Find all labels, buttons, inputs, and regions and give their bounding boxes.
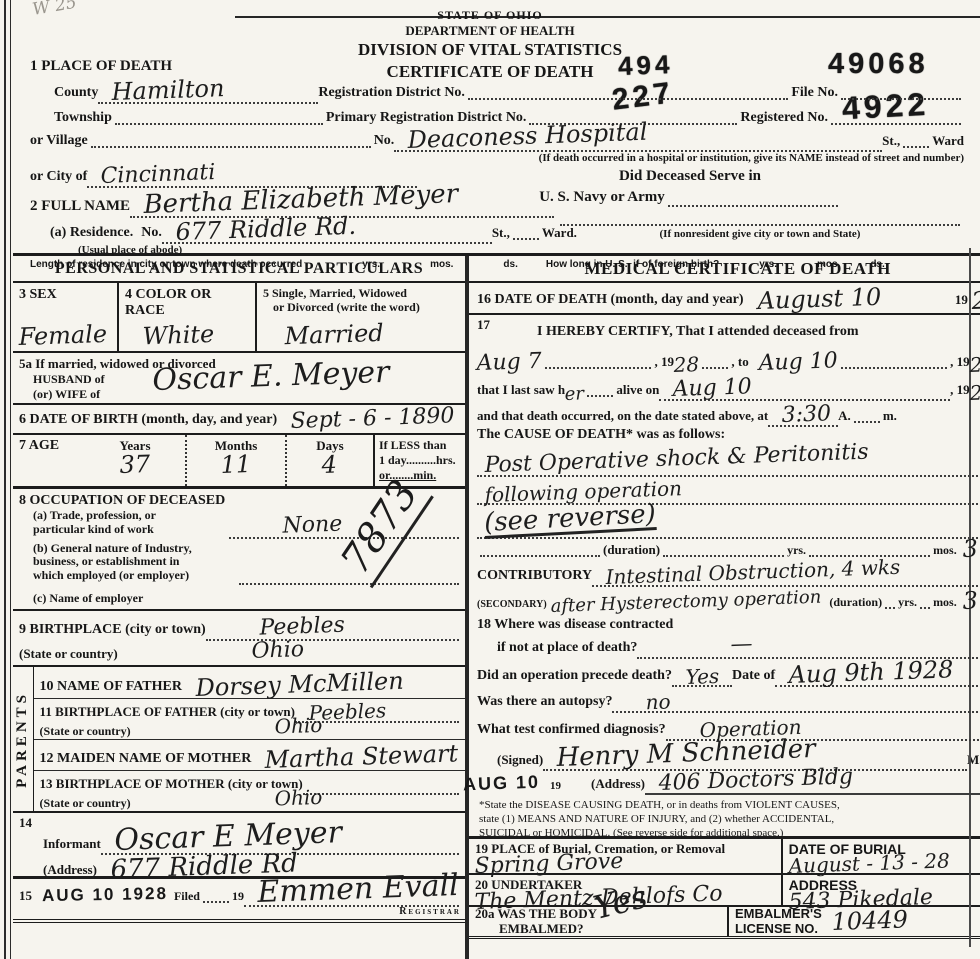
contributory-block: CONTRIBUTORY Intestinal Obstruction, 4 w…: [469, 561, 980, 617]
marital-label-2: or Divorced (write the word): [263, 301, 459, 315]
autopsy-row: Was there an autopsy? no: [469, 687, 980, 713]
father-state-field: Ohio: [131, 723, 459, 739]
spouse-value: Oscar E. Meyer: [152, 359, 390, 396]
saw-year-prefix: , 19: [950, 382, 970, 398]
death-time-field: 3:30: [768, 401, 838, 427]
attended-from-date: Aug 7: [476, 352, 542, 375]
less-label-1: If LESS than: [379, 438, 461, 453]
race-value: White: [124, 322, 249, 349]
mos-label-2: mos.: [817, 259, 840, 270]
saw-date-field: Aug 10: [659, 373, 950, 401]
father-row: 10 NAME OF FATHER Dorsey McMillen: [34, 667, 465, 699]
nonresident-note-block: (If nonresident give city or town and St…: [560, 224, 960, 240]
mother-value: Martha Stewart: [265, 742, 459, 772]
autopsy-field: no: [612, 687, 980, 713]
ds-label: ds.: [503, 259, 517, 270]
filed-number: 15: [19, 888, 32, 904]
contributory-label: CONTRIBUTORY: [477, 568, 592, 584]
parents-block: PARENTS 10 NAME OF FATHER Dorsey McMille…: [13, 667, 465, 813]
occ-b-label-3: which employed (or employer): [19, 569, 239, 583]
autopsy-value: no: [626, 692, 672, 713]
residence-value: 677 Riddle Rd.: [175, 215, 356, 244]
registered-no-label: Registered No.: [740, 110, 828, 126]
duration-mos-label: mos.: [933, 543, 957, 558]
operation-row: Did an operation precede death? Yes Date…: [469, 661, 980, 687]
county-field: Hamilton: [98, 78, 318, 104]
village-label: or Village: [30, 133, 88, 149]
mother-bp-field: [303, 773, 459, 795]
dotted-leader: [841, 98, 961, 100]
village-row: or Village No. Deaconess Hospital St., W…: [30, 129, 964, 152]
autopsy-label: Was there an autopsy?: [477, 694, 612, 710]
duration-label: (duration): [603, 542, 660, 558]
county-row: County Hamilton Registration District No…: [30, 78, 964, 104]
institution-note: (If death occurred in a hospital or inst…: [539, 152, 964, 164]
marital-cell: 5 Single, Married, Widowed or Divorced (…: [255, 283, 465, 351]
age-days-cell: Days 4: [285, 435, 373, 486]
dod-year-prefix: 19: [955, 292, 968, 308]
dotted-leader: [668, 205, 838, 207]
columns: PERSONAL AND STATISTICAL PARTICULARS 3 S…: [13, 253, 980, 959]
operation-date-field: Aug 9th 1928: [775, 661, 980, 687]
dotted-leader: [854, 421, 880, 423]
where-value: —: [651, 635, 754, 659]
spouse-row: 5a If married, widowed or divorced HUSBA…: [13, 353, 465, 405]
signed-field: Henry M Schneider: [543, 741, 967, 771]
race-cell: 4 COLOR OR RACE White: [117, 283, 255, 351]
foreign-note: How long in U. S., if of foreign birth?: [546, 259, 719, 270]
years-value: 37: [119, 453, 150, 477]
footnote-line-2: state (1) MEANS AND NATURE OF INJURY, an…: [479, 813, 980, 827]
ds-label-2: ds.: [870, 259, 884, 270]
months-value: 11: [220, 453, 251, 477]
operation-label: Did an operation precede death?: [477, 668, 672, 684]
dob-field: Sept - 6 - 1890: [277, 405, 459, 431]
dotted-leader: [920, 607, 930, 609]
signed-row: (Signed) Henry M Schneider M. D.: [469, 741, 980, 771]
occ-c-label: (c) Name of employer: [19, 591, 459, 606]
county-label: County: [30, 85, 98, 101]
full-name-label: 2 FULL NAME: [30, 198, 130, 215]
to-label: , to: [731, 354, 748, 370]
department-title: DEPARTMENT OF HEALTH: [0, 23, 980, 39]
occ-b-label-2: business, or establishment in: [19, 555, 239, 569]
attended-to-date: Aug 10: [758, 351, 838, 375]
occ-b-label-1: (b) General nature of Industry,: [19, 542, 239, 556]
mother-birthplace-row: 13 BIRTHPLACE OF MOTHER (city or town) (…: [34, 771, 465, 811]
mother-row: 12 MAIDEN NAME OF MOTHER Martha Stewart: [34, 740, 465, 772]
medical-column: MEDICAL CERTIFICATE OF DEATH 16 DATE OF …: [469, 256, 980, 959]
m-label: m.: [883, 408, 897, 424]
cause-line-3: (see reverse): [477, 505, 980, 539]
where-label-1: 18 Where was disease contracted: [477, 617, 980, 637]
father-label: 10 NAME OF FATHER: [40, 679, 182, 695]
contributory-value: Intestinal Obstruction, 4 wks: [606, 558, 901, 587]
less-label-2: 1 day..........hrs.: [379, 453, 461, 468]
service-label-1: Did Deceased Serve in: [505, 166, 875, 187]
where-label-2: if not at place of death?: [477, 640, 637, 656]
days-value: 4: [322, 453, 338, 476]
burial-row: 19 PLACE of Burial, Cremation, or Remova…: [469, 839, 980, 875]
where-contracted-block: 18 Where was disease contracted if not a…: [469, 617, 980, 661]
footnote-line-1: *State the DISEASE CAUSING DEATH, or in …: [479, 799, 980, 813]
file-no-label: File No.: [791, 85, 838, 101]
yrs-label: yrs.: [362, 259, 380, 270]
dotted-leader: [903, 146, 929, 148]
cause-of-death-block: The CAUSE OF DEATH* was as follows: Post…: [469, 427, 980, 561]
parents-label-cell: PARENTS: [13, 667, 34, 811]
street-no-label: No.: [374, 133, 395, 149]
dotted-leader: [513, 238, 539, 240]
duration-ds-value: 3: [962, 538, 978, 561]
age-years-cell: Years 37: [85, 435, 185, 486]
sex-label: 3 SEX: [19, 287, 111, 303]
saw-year: 28: [969, 383, 980, 403]
occ-a-value: None: [242, 515, 342, 539]
header-section: W 25 STATE OF OHIO DEPARTMENT OF HEALTH …: [0, 0, 980, 253]
length-of-residence-row: Length of residence in city or town wher…: [30, 256, 964, 271]
sex-cell: 3 SEX Female: [13, 283, 117, 351]
military-service-block: Did Deceased Serve in U. S. Navy or Army: [505, 166, 875, 211]
operation-date-value: Aug 9th 1928: [788, 658, 954, 687]
informant-address-label: (Address): [19, 862, 97, 878]
death-certificate: W 25 STATE OF OHIO DEPARTMENT OF HEALTH …: [0, 0, 980, 959]
filed-year-label: 19: [232, 889, 244, 904]
duration-mos-label-2: mos.: [933, 595, 957, 610]
duration-yrs-label-2: yrs.: [898, 595, 917, 610]
undertaker-row: 20 UNDERTAKER The Mentz-Dehlofs Co ADDRE…: [469, 875, 980, 907]
see-reverse-note: (see reverse): [484, 502, 657, 539]
dotted-leader: [115, 123, 323, 125]
to-year: 28: [969, 355, 980, 375]
birthplace-state-value: Ohio: [131, 640, 304, 667]
dod-field: August 10: [744, 283, 955, 311]
nonresident-note: (If nonresident give city or town and St…: [560, 228, 960, 240]
township-label: Township: [30, 110, 112, 126]
physician-address-field: 406 Doctors Bldg: [645, 771, 980, 795]
dotted-leader: [91, 146, 371, 148]
place-of-death-row: 1 PLACE OF DEATH: [30, 56, 964, 78]
city-label: or City of: [30, 169, 87, 185]
age-label-cell: 7 AGE: [13, 435, 85, 486]
registrar-label: Registrar: [399, 906, 461, 917]
operation-value: Yes: [685, 667, 719, 687]
cause-value-1: Post Operative shock & Peritonitis: [484, 443, 869, 477]
contributory-field: Intestinal Obstruction, 4 wks: [592, 561, 980, 587]
filed-row: 15 AUG 10 1928 Filed 19 Emmen Evall Regi…: [13, 879, 465, 923]
registrar-signature-field: Emmen Evall: [244, 881, 459, 907]
dotted-leader: [587, 395, 613, 397]
mother-label: 12 MAIDEN NAME OF MOTHER: [40, 751, 252, 767]
dob-label: 6 DATE OF BIRTH (month, day, and year): [19, 412, 277, 428]
sex-race-marital-row: 3 SEX Female 4 COLOR OR RACE White 5 Sin…: [13, 283, 465, 353]
dotted-leader: [885, 607, 895, 609]
address-row: AUG 10 19 (Address) 406 Doctors Bldg: [469, 771, 980, 795]
occ-a-label-2: particular kind of work: [19, 523, 229, 537]
birthplace-label: 9 BIRTHPLACE (city or town): [19, 622, 206, 638]
from-year-prefix: , 19: [654, 354, 674, 370]
mother-state-field: Ohio: [131, 795, 459, 811]
registrar-signature: Emmen Evall: [257, 871, 459, 907]
father-value: Dorsey McMillen: [195, 669, 404, 699]
last-saw-label: that I last saw h: [477, 382, 565, 398]
father-state-label: (State or country): [40, 724, 131, 739]
birthplace-state-field: Ohio: [118, 641, 459, 665]
saw-date-value: Aug 10: [673, 377, 753, 401]
dotted-leader: [831, 123, 961, 125]
license-label-2: LICENSE NO.: [735, 922, 822, 936]
race-label: 4 COLOR OR RACE: [125, 287, 249, 319]
dotted-leader: [560, 224, 960, 226]
dotted-leader: [203, 901, 229, 903]
address-label: (Address): [591, 776, 645, 792]
dotted-leader: [663, 555, 784, 557]
item-17-number: 17: [477, 317, 490, 333]
service-label-2: U. S. Navy or Army: [539, 187, 665, 208]
signed-label: (Signed): [477, 752, 543, 768]
pronoun-value: er: [565, 385, 585, 403]
informant-value: Oscar E Meyer: [114, 819, 342, 855]
occupation-row: 8 OCCUPATION OF DECEASED (a) Trade, prof…: [13, 489, 465, 611]
occ-a-field: None: [229, 509, 459, 539]
place-of-death-label: 1 PLACE OF DEATH: [30, 58, 172, 75]
age-label: 7 AGE: [19, 438, 59, 454]
st-label: St.,: [882, 133, 900, 149]
length-note: Length of residence in city or town wher…: [30, 259, 302, 270]
dotted-leader: [841, 367, 947, 369]
footnote-block: *State the DISEASE CAUSING DEATH, or in …: [469, 795, 980, 839]
dotted-leader: [545, 367, 651, 369]
cause-line-1: Post Operative shock & Peritonitis: [477, 447, 980, 477]
city-value: Cincinnati: [101, 163, 216, 188]
dod-value: August 10: [757, 286, 881, 313]
father-field: Dorsey McMillen: [182, 669, 459, 698]
operation-field: Yes: [672, 661, 732, 687]
cause-line-2: following operation: [477, 477, 980, 505]
mother-field: Martha Stewart: [251, 742, 459, 771]
birthplace-field: Peebles: [206, 615, 459, 641]
birthplace-row: 9 BIRTHPLACE (city or town) Peebles (Sta…: [13, 611, 465, 667]
death-time-value: 3:30: [781, 404, 831, 427]
marital-value: Married: [262, 319, 459, 349]
certification-block: 17 I HEREBY CERTIFY, That I attended dec…: [469, 315, 980, 427]
county-value: Hamilton: [112, 77, 226, 104]
birthplace-state-label: (State or country): [19, 646, 118, 662]
dotted-leader: [480, 555, 600, 557]
contributory-value-2: after Hysterectomy operation: [550, 588, 821, 615]
state-title: STATE OF OHIO: [0, 8, 980, 23]
signed-year-label: 19: [550, 780, 561, 792]
abode-note-row: (Usual place of abode): [30, 244, 964, 256]
am-label: A.: [838, 408, 851, 424]
operation-date-label: Date of: [732, 668, 775, 684]
dotted-leader: [468, 98, 788, 100]
duration-label-2: (duration): [829, 595, 882, 610]
father-birthplace-row: 11 BIRTHPLACE OF FATHER (city or town) P…: [34, 699, 465, 740]
right-column-blank: [469, 939, 980, 959]
test-label: What test confirmed diagnosis?: [477, 722, 666, 738]
dotted-leader: [702, 367, 728, 369]
alive-on-label: alive on: [616, 382, 659, 398]
residence-no-label: No.: [141, 225, 162, 241]
license-value: 10449: [831, 908, 908, 933]
residence-label: (a) Residence.: [30, 225, 133, 241]
burial-date-value: August - 13 - 28: [788, 850, 980, 876]
dob-row: 6 DATE OF BIRTH (month, day, and year) S…: [13, 405, 465, 435]
filed-label: Filed: [174, 889, 200, 904]
residence-field: 677 Riddle Rd.: [162, 218, 492, 244]
to-year-prefix: , 19: [950, 354, 970, 370]
dod-label: 16 DATE OF DEATH (month, day and year): [477, 292, 744, 308]
abode-note: (Usual place of abode): [30, 244, 182, 256]
age-months-cell: Months 11: [185, 435, 285, 486]
physician-address-value: 406 Doctors Bldg: [658, 767, 853, 795]
registration-district-label: Registration District No.: [318, 85, 465, 101]
ward-label: Ward: [932, 133, 964, 149]
left-column-blank: [13, 923, 465, 959]
duration-yrs-label: yrs.: [787, 543, 806, 558]
cause-duration-row: (duration) yrs. mos. 3 ds.: [477, 539, 980, 561]
certify-text: I HEREBY CERTIFY, That I attended deceas…: [537, 324, 859, 340]
date-of-death-row: 16 DATE OF DEATH (month, day and year) A…: [469, 283, 980, 315]
signed-date-stamp: AUG 10: [463, 772, 541, 796]
embalmed-label-2: EMBALMED?: [475, 922, 597, 936]
marital-label-1: 5 Single, Married, Widowed: [263, 287, 459, 301]
dod-year-value: 28: [971, 289, 980, 313]
sex-value: Female: [18, 323, 111, 349]
institution-field: Deaconess Hospital: [394, 129, 882, 152]
parents-label: PARENTS: [14, 691, 31, 788]
mos-label: mos.: [430, 259, 453, 270]
mother-state-label: (State or country): [40, 796, 131, 811]
personal-column: PERSONAL AND STATISTICAL PARTICULARS 3 S…: [13, 256, 465, 959]
contrib-duration-ds-value: 3: [962, 590, 978, 613]
occ-a-label-1: (a) Trade, profession, or: [19, 509, 229, 523]
yrs-label-2: yrs.: [759, 259, 777, 270]
institution-value: Deaconess Hospital: [408, 121, 649, 152]
secondary-label: (SECONDARY): [477, 599, 547, 610]
dob-value: Sept - 6 - 1890: [290, 406, 454, 433]
residence-st-label: St.,: [492, 225, 510, 241]
death-time-label: and that death occurred, on the date sta…: [477, 408, 768, 424]
informant-label: Informant: [19, 836, 101, 852]
filed-date-stamp: AUG 10 1928: [42, 884, 168, 906]
